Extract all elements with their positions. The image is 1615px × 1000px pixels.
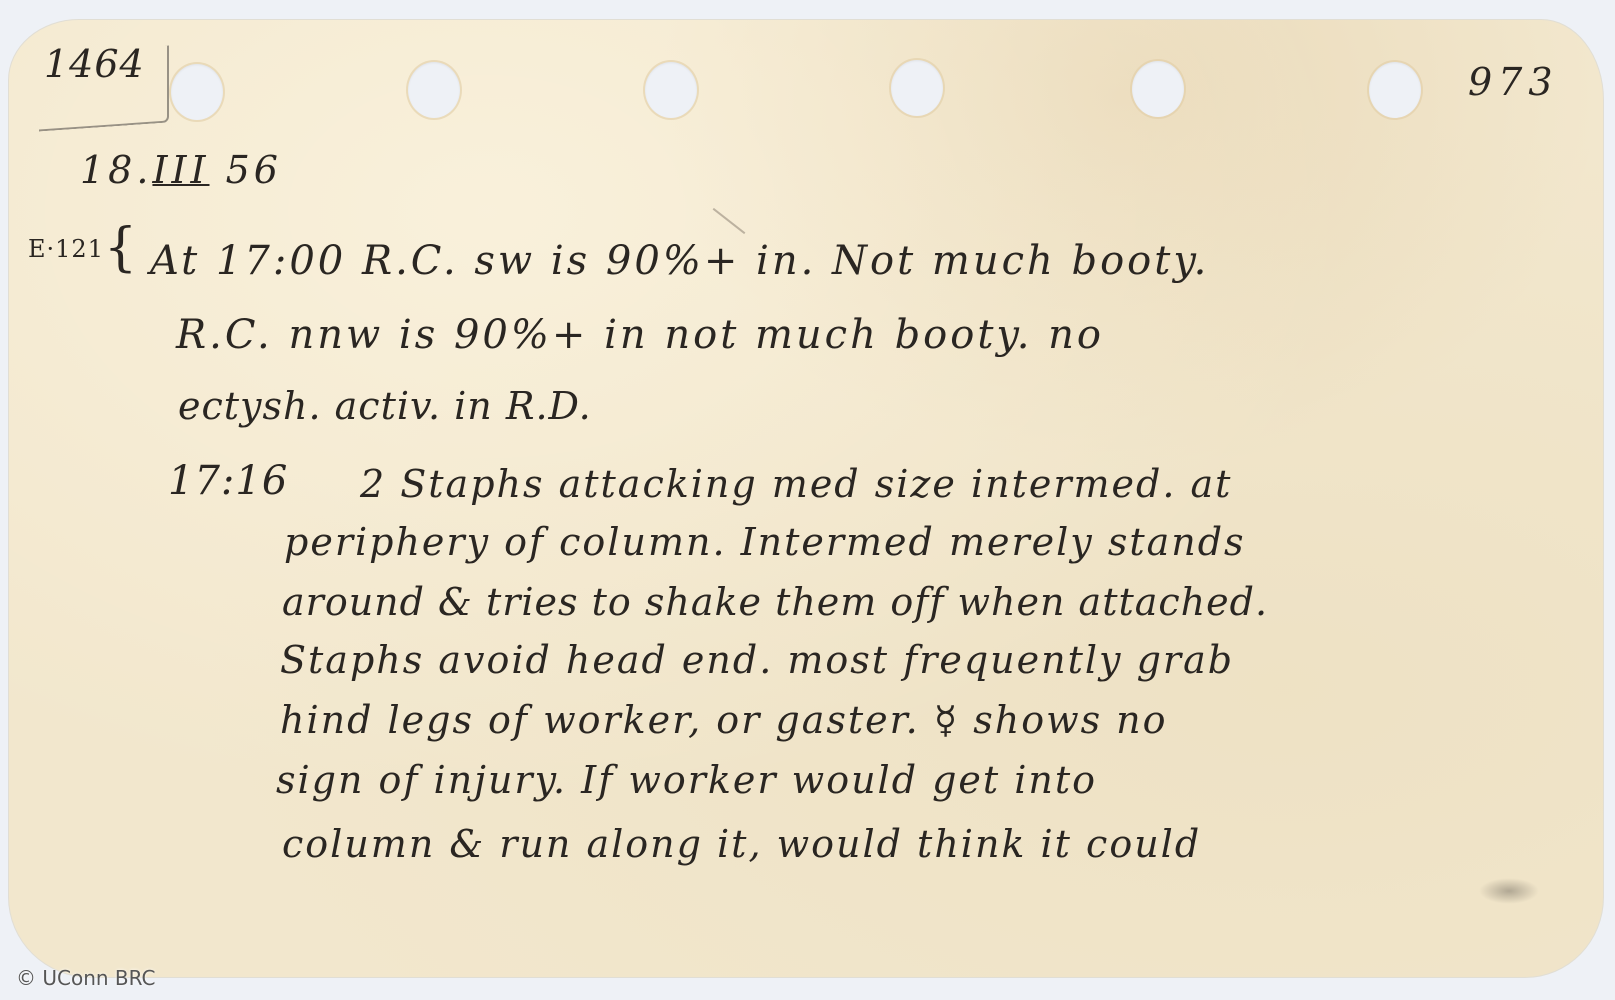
copyright-watermark: © UConn BRC xyxy=(16,966,156,990)
note-time-1716: 17:16 xyxy=(168,458,288,504)
entry-bracket: { xyxy=(104,218,138,278)
note-line-10: column & run along it, would think it co… xyxy=(282,822,1201,866)
note-line-1: At 17:00 R.C. sw is 90%+ in. Not much bo… xyxy=(150,238,1209,284)
date-month: III xyxy=(152,148,209,192)
catalog-number: 1464 xyxy=(44,42,145,86)
punch-hole xyxy=(645,62,697,118)
punch-hole xyxy=(1132,61,1184,117)
note-line-6: around & tries to shake them off when at… xyxy=(282,580,1268,624)
punch-hole xyxy=(891,60,943,116)
note-line-5: periphery of column. Intermed merely sta… xyxy=(284,520,1246,564)
note-line-4: 2 Staphs attacking med size intermed. at xyxy=(360,462,1232,506)
page-number: 973 xyxy=(1468,60,1559,104)
ink-smudge xyxy=(1479,878,1539,904)
punch-hole xyxy=(408,62,460,118)
note-line-9: sign of injury. If worker would get into xyxy=(276,758,1097,802)
date: 18.III 56 xyxy=(80,148,282,192)
note-line-2: R.C. nnw is 90%+ in not much booty. no xyxy=(176,312,1104,358)
entry-label: E·121{ xyxy=(28,218,138,278)
punch-hole xyxy=(1369,62,1421,118)
date-year: 56 xyxy=(226,148,282,192)
note-line-8: hind legs of worker, or gaster. ☿ shows … xyxy=(280,698,1168,742)
pencil-mark xyxy=(713,208,746,234)
punch-hole xyxy=(171,64,223,120)
entry-code: E·121 xyxy=(28,235,104,263)
note-line-3: ectysh. activ. in R.D. xyxy=(178,384,592,428)
note-line-7: Staphs avoid head end. most frequently g… xyxy=(280,638,1234,682)
date-day: 18 xyxy=(80,148,136,192)
